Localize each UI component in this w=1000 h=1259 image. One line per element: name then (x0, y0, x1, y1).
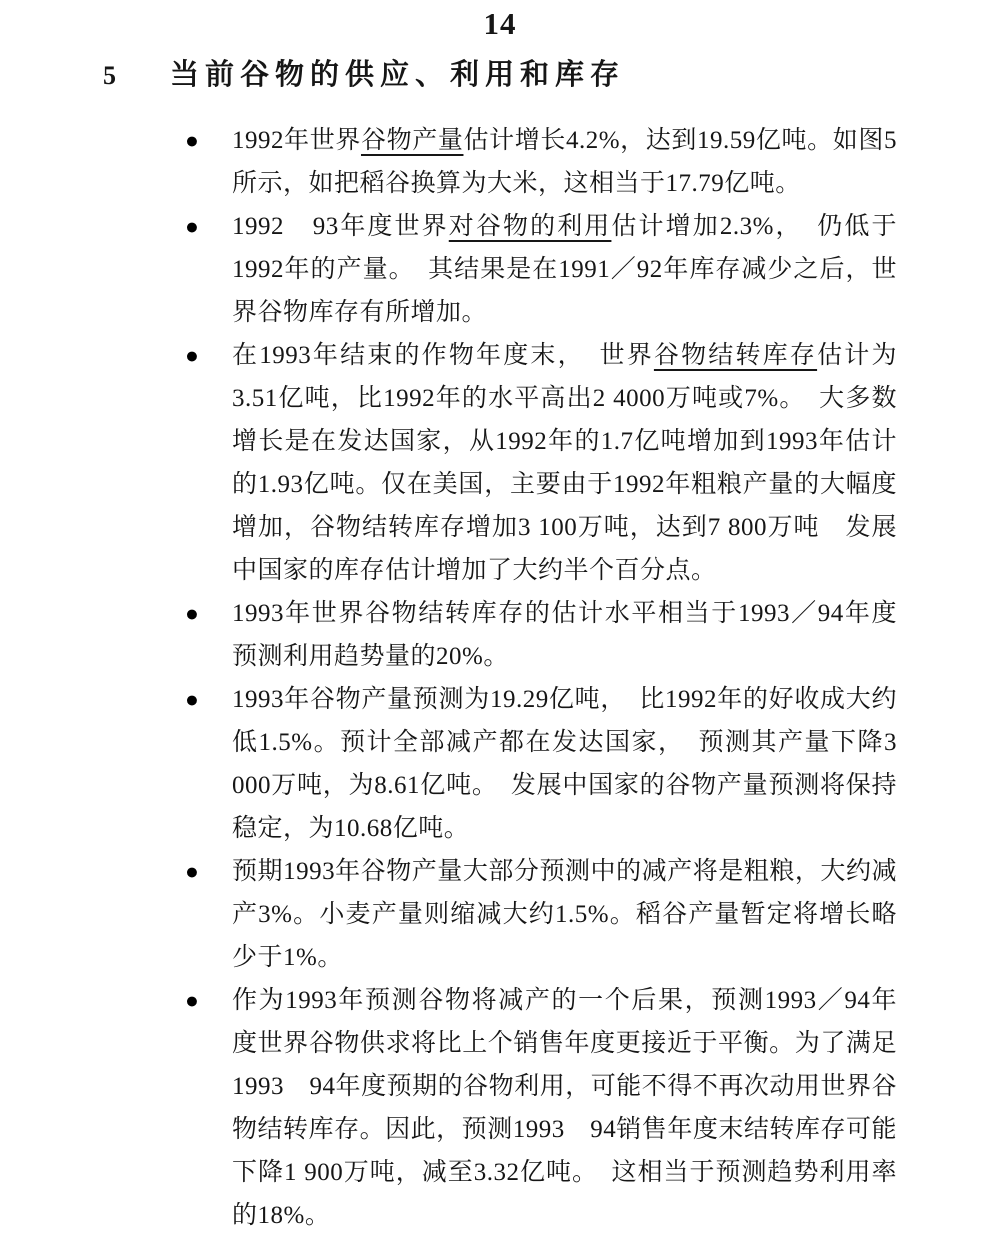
bullet-item: ●预期1993年谷物产量大部分预测中的减产将是粗粮，大约减产3%。小麦产量则缩减… (185, 850, 897, 979)
bullet-icon: ● (185, 334, 232, 592)
section-title: 当前谷物的供应、利用和库存 (170, 52, 625, 93)
document-page: 14 5 当前谷物的供应、利用和库存 ●1992年世界谷物产量估计增长4.2%，… (0, 0, 1000, 1259)
bullet-list: ●1992年世界谷物产量估计增长4.2%，达到19.59亿吨。如图5所示，如把稻… (185, 119, 897, 1237)
section-heading: 5 当前谷物的供应、利用和库存 (103, 52, 1000, 93)
page-number: 14 (0, 0, 1000, 42)
bullet-item: ●1993年谷物产量预测为19.29亿吨， 比1992年的好收成大约低1.5%。… (185, 678, 897, 850)
bullet-icon: ● (185, 850, 232, 979)
text-run: 作为1993年预测谷物将减产的一个后果，预测1993／94年度世界谷物供求将比上… (232, 987, 897, 1229)
bullet-icon: ● (185, 979, 232, 1237)
bullet-text: 1992 93年度世界对谷物的利用估计增加2.3%， 仍低于1992年的产量。 … (232, 205, 897, 334)
underlined-phrase: 谷物产量 (361, 127, 463, 154)
bullet-item: ●在1993年结束的作物年度末， 世界谷物结转库存估计为3.51亿吨，比1992… (185, 334, 897, 592)
text-run: 估计为3.51亿吨，比1992年的水平高出2 4000万吨或7%。 大多数增长是… (232, 342, 897, 584)
text-run: 1992 93年度世界 (232, 213, 449, 240)
text-run: 1993年谷物产量预测为19.29亿吨， 比1992年的好收成大约低1.5%。预… (232, 686, 897, 842)
text-run: 预期1993年谷物产量大部分预测中的减产将是粗粮，大约减产3%。小麦产量则缩减大… (232, 858, 897, 971)
text-run: 1993年世界谷物结转库存的估计水平相当于1993／94年度预测利用趋势量的20… (232, 600, 897, 670)
bullet-item: ●作为1993年预测谷物将减产的一个后果，预测1993／94年度世界谷物供求将比… (185, 979, 897, 1237)
bullet-text: 1993年世界谷物结转库存的估计水平相当于1993／94年度预测利用趋势量的20… (232, 592, 897, 678)
bullet-text: 预期1993年谷物产量大部分预测中的减产将是粗粮，大约减产3%。小麦产量则缩减大… (232, 850, 897, 979)
bullet-icon: ● (185, 205, 232, 334)
bullet-text: 1993年谷物产量预测为19.29亿吨， 比1992年的好收成大约低1.5%。预… (232, 678, 897, 850)
underlined-phrase: 对谷物的利用 (449, 213, 612, 240)
bullet-icon: ● (185, 592, 232, 678)
bullet-item: ●1992年世界谷物产量估计增长4.2%，达到19.59亿吨。如图5所示，如把稻… (185, 119, 897, 205)
underlined-phrase: 谷物结转库存 (654, 342, 817, 369)
bullet-text: 作为1993年预测谷物将减产的一个后果，预测1993／94年度世界谷物供求将比上… (232, 979, 897, 1237)
text-run: 1992年世界 (232, 127, 361, 154)
text-run: 在1993年结束的作物年度末， 世界 (232, 342, 654, 369)
bullet-icon: ● (185, 678, 232, 850)
section-number: 5 (103, 61, 170, 91)
bullet-text: 1992年世界谷物产量估计增长4.2%，达到19.59亿吨。如图5所示，如把稻谷… (232, 119, 897, 205)
bullet-item: ●1992 93年度世界对谷物的利用估计增加2.3%， 仍低于1992年的产量。… (185, 205, 897, 334)
bullet-icon: ● (185, 119, 232, 205)
bullet-text: 在1993年结束的作物年度末， 世界谷物结转库存估计为3.51亿吨，比1992年… (232, 334, 897, 592)
bullet-item: ●1993年世界谷物结转库存的估计水平相当于1993／94年度预测利用趋势量的2… (185, 592, 897, 678)
